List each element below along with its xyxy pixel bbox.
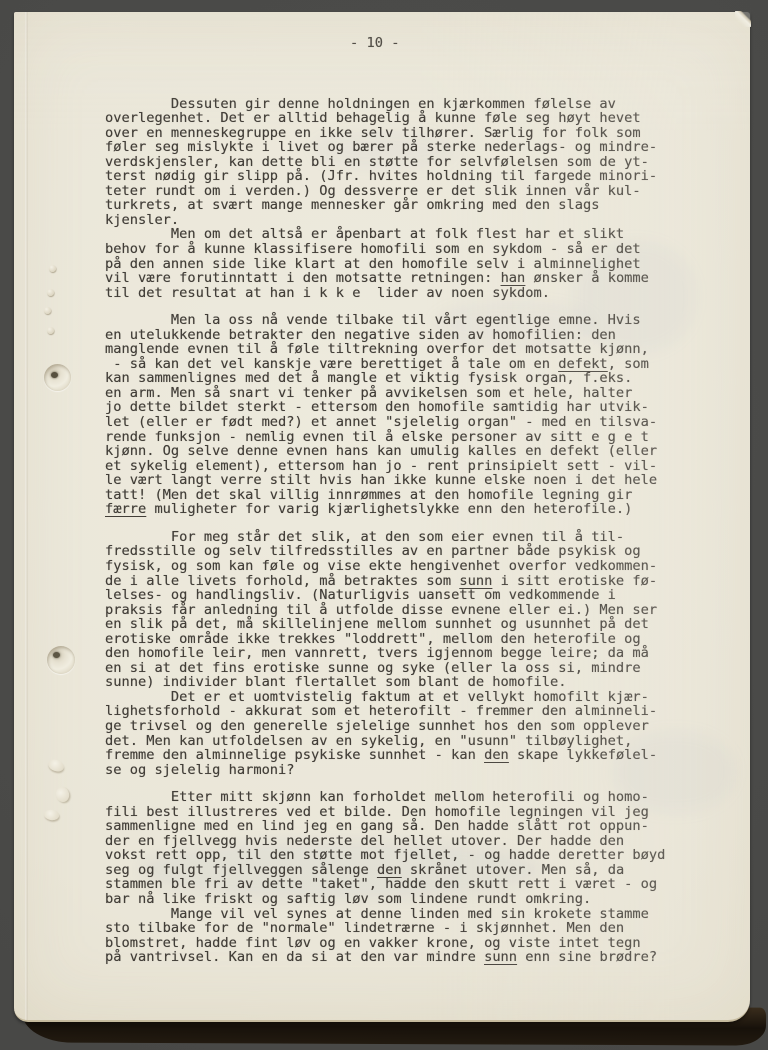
scan-background: - 10 - Dessuten gir denne holdningen en …	[0, 0, 768, 1050]
text-line: kjønn. Og selve denne evnen hans kan umu…	[105, 444, 750, 459]
text-line: en si at det fins erotiske sunne og syke…	[105, 661, 750, 676]
text-line: kan sammenlignes med det å mangle et vik…	[105, 371, 750, 386]
text-line: den homofile leir, men vannrett, tvers i…	[105, 646, 750, 661]
text-line: sunne) individer blant flertallet som bl…	[105, 675, 750, 690]
text-line: Etter mitt skjønn kan forholdet mellom h…	[105, 790, 750, 805]
text-line: det. Men kan utfoldelsen av en sykelig, …	[105, 734, 750, 749]
text-line: færre muligheter for varig kjærlighetsly…	[105, 502, 750, 517]
text-line: Dessuten gir denne holdningen en kjærkom…	[105, 97, 750, 112]
paragraph-block: For meg står det slik, at den som eier e…	[105, 530, 750, 777]
text-line: stammen ble fri av dette "taket", hadde …	[105, 877, 750, 892]
text-line: tatt! (Men det skal villig innrømmes at …	[105, 488, 750, 503]
document-page: - 10 - Dessuten gir denne holdningen en …	[14, 12, 750, 1022]
text-line: Mange vil vel synes at denne linden med …	[105, 907, 750, 922]
text-line: til det resultat at han i k k e lider av…	[105, 286, 750, 301]
text-line: overlegenhet. Det er alltid behagelig å …	[105, 111, 750, 126]
text-line: lelses- og handlingsliv. (Naturligvis ua…	[105, 588, 750, 603]
text-line: praksis får anledning til å utfolde diss…	[105, 603, 750, 618]
text-line: vil være forutinntatt i den motsatte ret…	[105, 271, 750, 286]
text-line: behov for å kunne klassifisere homofili …	[105, 242, 750, 257]
text-line: fredsstille og selv tilfredsstilles av e…	[105, 544, 750, 559]
text-line: Men la oss nå vende tilbake til vårt ege…	[105, 313, 750, 328]
page-number: - 10 -	[105, 36, 750, 51]
text-line: sto tilbake for de "normale" lindetrærne…	[105, 921, 750, 936]
paragraph-block: Etter mitt skjønn kan forholdet mellom h…	[105, 790, 750, 965]
text-line: der en fjellvegg hvis nederste del helle…	[105, 834, 750, 849]
text-line: Men om det altså er åpenbart at folk fle…	[105, 227, 750, 242]
text-line: manglende evnen til å føle tiltrekning o…	[105, 342, 750, 357]
text-line: en slik på det, må skillelinjene mellom …	[105, 617, 750, 632]
text-line: Det er et uomtvistelig faktum at et vell…	[105, 690, 750, 705]
text-line: et sykelig element), ettersom han jo - r…	[105, 459, 750, 474]
paragraph-block: Men la oss nå vende tilbake til vårt ege…	[105, 313, 750, 517]
text-line: lighetsforhold - akkurat som et heterofi…	[105, 704, 750, 719]
text-line: bar nå like friskt og saftig løv som lin…	[105, 892, 750, 907]
text-line: jo dette bildet sterkt - ettersom den ho…	[105, 400, 750, 415]
text-line: let (eller er født med?) et annet "sjele…	[105, 415, 750, 430]
text-line: vokst rett opp, til den støtte mot fjell…	[105, 848, 750, 863]
text-line: le vært langt verre stilt hvis han ikke …	[105, 473, 750, 488]
text-line: terst nødig gir slipp på. (Jfr. hvites h…	[105, 169, 750, 184]
paragraph-block: Dessuten gir denne holdningen en kjærkom…	[105, 97, 750, 301]
text-line: blomstret, hadde fint løv og en vakker k…	[105, 936, 750, 951]
typewritten-text: Dessuten gir denne holdningen en kjærkom…	[105, 97, 750, 965]
text-line: føler seg mislykte i livet og bærer på s…	[105, 140, 750, 155]
text-column: - 10 - Dessuten gir denne holdningen en …	[14, 12, 750, 965]
text-line: rende funksjon - nemlig evnen til å elsk…	[105, 430, 750, 445]
text-line: fysisk, og som kan føle og vise ekte hen…	[105, 559, 750, 574]
text-line: fremme den alminnelige psykiske sunnhet …	[105, 748, 750, 763]
text-line: turkrets, at svært mange mennesker går o…	[105, 198, 750, 213]
text-line: se og sjelelig harmoni?	[105, 763, 750, 778]
text-line: seg og fulgt fjellveggen sålenge den skr…	[105, 863, 750, 878]
text-line: sammenligne med en lind jeg en gang så. …	[105, 819, 750, 834]
text-line: på vantrivsel. Kan en da si at den var m…	[105, 950, 750, 965]
text-line: ge trivsel og den generelle sjelelige su…	[105, 719, 750, 734]
text-line: over en menneskegruppe en ikke selv tilh…	[105, 126, 750, 141]
text-line: de i alle livets forhold, må betraktes s…	[105, 574, 750, 589]
text-line: på den annen side like klart at den homo…	[105, 257, 750, 272]
text-line: en arm. Men så snart vi tenker på avvike…	[105, 386, 750, 401]
